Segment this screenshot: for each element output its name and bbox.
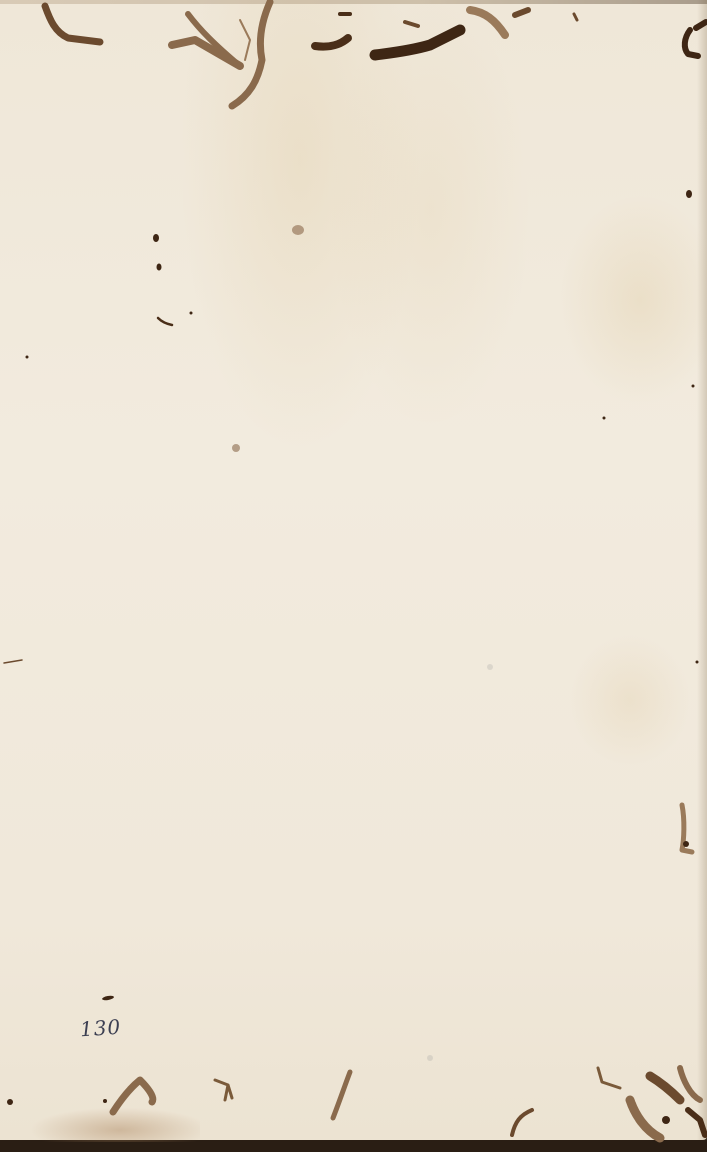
page-edge-shadow: [697, 0, 707, 1140]
page-top-edge: [0, 0, 707, 4]
water-stain: [0, 1100, 200, 1142]
folio-number: 130: [79, 1015, 122, 1042]
paper-page: 130: [0, 0, 707, 1140]
